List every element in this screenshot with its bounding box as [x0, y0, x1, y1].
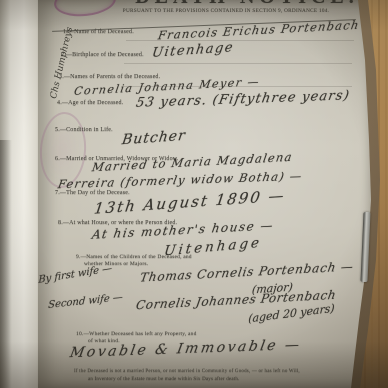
item4-label: 4.—Age of the Deceased. — [57, 100, 123, 106]
item9-child-first: Thomas Cornelis Portenbach — — [139, 259, 355, 284]
item10-label-line1: 10.—Whether Deceased has left any Proper… — [76, 331, 197, 337]
photo-of-death-notice: DEATH NOTICE. PURSUANT TO THE PROVISIONS… — [0, 0, 388, 388]
death-notice-page: DEATH NOTICE. PURSUANT TO THE PROVISIONS… — [38, 0, 374, 388]
item5-handwritten-value: Butcher — [121, 128, 187, 149]
left-edge-shadow — [0, 140, 12, 388]
item1-label: 1.—Name of the Deceased. — [63, 29, 134, 35]
item3-label: 3.—Names of Parents of the Deceased. — [59, 74, 160, 80]
form-rule — [124, 63, 352, 64]
official-stamp-top — [53, 0, 118, 19]
footer-fine-print-line1: If the Deceased is not a married Person,… — [74, 369, 300, 374]
item1-handwritten-value: Francois Erichus Portenbach — [157, 18, 361, 43]
item5-label: 5.—Condition in Life. — [55, 127, 113, 133]
item9-margin-second-wife: Second wife — — [48, 292, 123, 311]
item2-label: 2.—Birthplace of the Deceased. — [61, 52, 144, 58]
item9-label-line1: 9.—Names of the Children of the Deceased… — [76, 254, 192, 260]
item2-handwritten-value: Uitenhage — [151, 40, 235, 61]
item7-label: 7.—The Day of the Decease. — [55, 190, 130, 196]
item9-margin-first-wife: By first wife — — [38, 263, 112, 286]
document-subtitle: PURSUANT TO THE PROVISIONS CONTAINED IN … — [90, 8, 362, 14]
footer-fine-print-line2: an Inventory of the Estate must be made … — [88, 377, 239, 382]
